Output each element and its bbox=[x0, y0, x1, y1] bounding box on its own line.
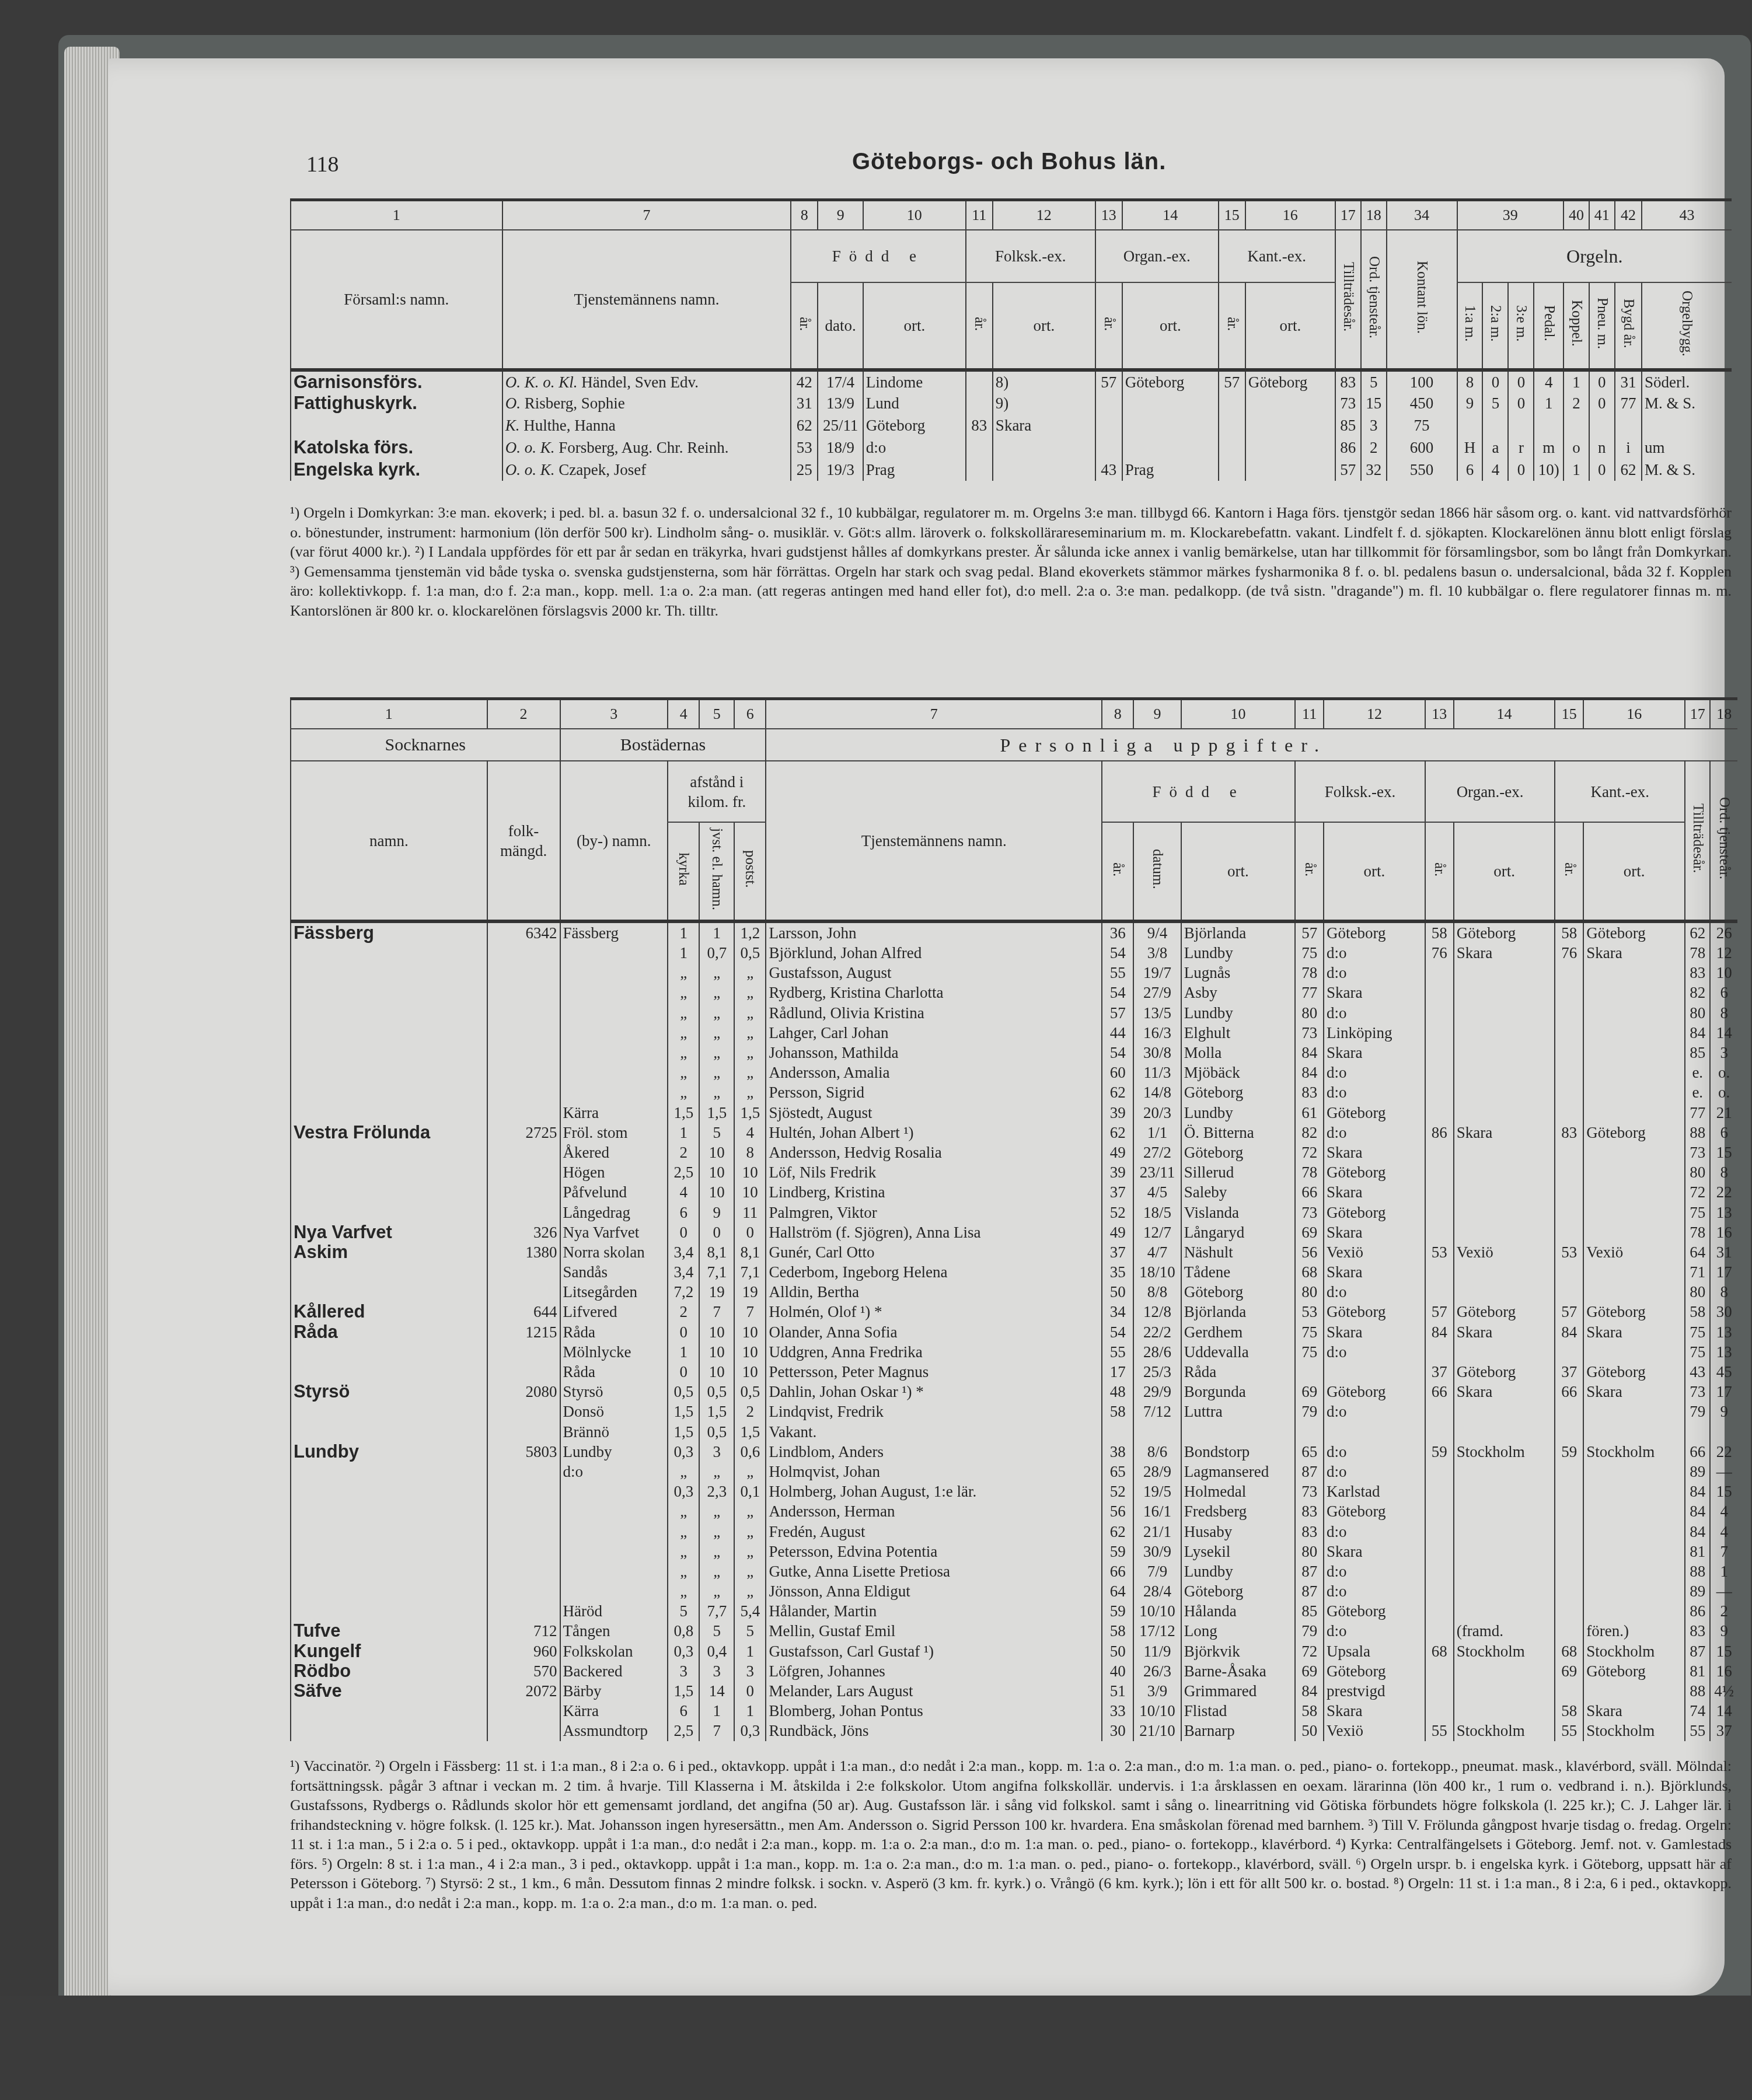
dist-post: 0,3 bbox=[734, 1721, 766, 1741]
table-row: „„„Andersson, Herman5616/1Fredsberg83Göt… bbox=[291, 1501, 1737, 1521]
population bbox=[487, 1701, 560, 1721]
cell-oo: Stockholm bbox=[1454, 1442, 1555, 1462]
cell-ort: d:o bbox=[863, 436, 966, 459]
population: 1380 bbox=[487, 1242, 560, 1262]
cell-oa bbox=[1425, 1222, 1454, 1242]
dist-rail: 10 bbox=[699, 1162, 734, 1182]
cell-ka bbox=[1555, 1103, 1583, 1123]
dist-post: 1,2 bbox=[734, 921, 766, 943]
cell-ka: 55 bbox=[1555, 1721, 1583, 1741]
cell-fk_ort: 9) bbox=[993, 392, 1095, 414]
village-name: Assmundtorp bbox=[560, 1721, 668, 1741]
table-row: Garnisonsförs.O. K. o. Kl. Händel, Sven … bbox=[291, 370, 1732, 392]
dist-church: „ bbox=[668, 1542, 699, 1561]
cell-ar: 49 bbox=[1102, 1222, 1133, 1242]
village-name: Brännö bbox=[560, 1422, 668, 1442]
cell-dat: 23/11 bbox=[1133, 1162, 1181, 1182]
population bbox=[487, 1561, 560, 1581]
cell-ko: Stockholm bbox=[1583, 1721, 1685, 1741]
parish-name bbox=[291, 1063, 487, 1082]
dist-rail: 1 bbox=[699, 1701, 734, 1721]
dist-church: „ bbox=[668, 1561, 699, 1581]
cell-org_ort: Prag bbox=[1122, 459, 1219, 481]
cell-oa: 57 bbox=[1425, 1302, 1454, 1322]
dist-rail: „ bbox=[699, 963, 734, 983]
cell-dat: 28/9 bbox=[1133, 1462, 1181, 1481]
cell-fo: Göteborg bbox=[1324, 1202, 1425, 1222]
cell-ar: 65 bbox=[1102, 1462, 1133, 1481]
cell-oo bbox=[1454, 1023, 1555, 1043]
cell-ko bbox=[1583, 1082, 1685, 1102]
table-row: Påfvelund41010Lindberg, Kristina374/5Sal… bbox=[291, 1182, 1737, 1202]
cell-ko bbox=[1583, 1222, 1685, 1242]
table-row: Säfve2072Bärby1,5140Melander, Lars Augus… bbox=[291, 1681, 1737, 1701]
parish-name bbox=[291, 1462, 487, 1481]
cell-t18: 16 bbox=[1710, 1222, 1737, 1242]
table-row: Litsegården7,21919Alldin, Bertha508/8Göt… bbox=[291, 1282, 1737, 1302]
table-row: K. Hulthe, Hanna6225/11Göteborg83Skara85… bbox=[291, 414, 1732, 436]
dist-church: 1,5 bbox=[668, 1103, 699, 1123]
cell-tjenst: 3 bbox=[1361, 414, 1387, 436]
cell-oo bbox=[1454, 1162, 1555, 1182]
cell-t18: 9 bbox=[1710, 1621, 1737, 1641]
dist-church: „ bbox=[668, 1581, 699, 1601]
cell-tilltr: 57 bbox=[1335, 459, 1361, 481]
cell-t17: 75 bbox=[1685, 1342, 1710, 1362]
cell-ko: Skara bbox=[1583, 1701, 1685, 1721]
dist-church: 3,4 bbox=[668, 1242, 699, 1262]
cell-ort: Lundby bbox=[1181, 1103, 1295, 1123]
dist-rail: „ bbox=[699, 1023, 734, 1043]
cell-ar: 39 bbox=[1102, 1103, 1133, 1123]
cell-ko: Göteborg bbox=[1583, 1123, 1685, 1142]
dist-post: 1,5 bbox=[734, 1103, 766, 1123]
cell-fa: 57 bbox=[1295, 921, 1324, 943]
cell-fo: Göteborg bbox=[1324, 1162, 1425, 1182]
cell-ar: 44 bbox=[1102, 1023, 1133, 1043]
cell-t17: 75 bbox=[1685, 1322, 1710, 1342]
dist-church: 1,5 bbox=[668, 1422, 699, 1442]
cell-oo: Göteborg bbox=[1454, 1362, 1555, 1382]
official-fullname: Czapek, Josef bbox=[559, 461, 646, 478]
dist-rail: 14 bbox=[699, 1681, 734, 1701]
cell-t18: 15 bbox=[1710, 1641, 1737, 1661]
dist-rail: 7,1 bbox=[699, 1262, 734, 1282]
dist-post: 10 bbox=[734, 1162, 766, 1182]
cell-tjenst: 2 bbox=[1361, 436, 1387, 459]
cell-ar: 33 bbox=[1102, 1701, 1133, 1721]
official-name: Björklund, Johan Alfred bbox=[766, 943, 1102, 963]
village-name: Folkskolan bbox=[560, 1641, 668, 1661]
cell-ar: 62 bbox=[1102, 1521, 1133, 1541]
cell-oo: Stockholm bbox=[1454, 1721, 1555, 1741]
cell-ka: 58 bbox=[1555, 921, 1583, 943]
official-name: Gunér, Carl Otto bbox=[766, 1242, 1102, 1262]
cell-ort: Göteborg bbox=[1181, 1142, 1295, 1162]
parish-name: Fattighuskyrk. bbox=[291, 392, 502, 414]
table-row: Lundby5803Lundby0,330,6Lindblom, Anders3… bbox=[291, 1442, 1737, 1462]
village-name: Råda bbox=[560, 1322, 668, 1342]
table-row: 0,32,30,1Holmberg, Johan August, 1:e lär… bbox=[291, 1481, 1737, 1501]
dist-church: 0,3 bbox=[668, 1442, 699, 1462]
cell-ko bbox=[1583, 1581, 1685, 1601]
cell-t18: 2 bbox=[1710, 1601, 1737, 1621]
cell-kant_ort: Göteborg bbox=[1245, 370, 1335, 392]
dist-church: 0,3 bbox=[668, 1481, 699, 1501]
parish-name: Kållered bbox=[291, 1302, 487, 1322]
village-name bbox=[560, 1063, 668, 1082]
village-name: Mölnlycke bbox=[560, 1342, 668, 1362]
official-name: Gustafsson, Carl Gustaf ¹) bbox=[766, 1641, 1102, 1661]
official-name: Lindqvist, Fredrik bbox=[766, 1402, 1102, 1421]
cell-t18: 8 bbox=[1710, 1282, 1737, 1302]
cell-fa: 87 bbox=[1295, 1561, 1324, 1581]
cell-t18: 9 bbox=[1710, 1402, 1737, 1421]
parish-name bbox=[291, 1402, 487, 1421]
cell-ort: Molla bbox=[1181, 1043, 1295, 1063]
cell-m2: 0 bbox=[1482, 370, 1508, 392]
cell-m1 bbox=[1457, 414, 1483, 436]
cell-t18: 8 bbox=[1710, 1162, 1737, 1182]
cell-fo: Göteborg bbox=[1324, 1661, 1425, 1681]
dist-church: 2 bbox=[668, 1142, 699, 1162]
cell-fa: 78 bbox=[1295, 963, 1324, 983]
cell-oo bbox=[1454, 1043, 1555, 1063]
population bbox=[487, 1362, 560, 1382]
dist-post: 1,5 bbox=[734, 1422, 766, 1442]
official-name: Vakant. bbox=[766, 1422, 1102, 1442]
cell-lon: 450 bbox=[1387, 392, 1457, 414]
cell-ka bbox=[1555, 1202, 1583, 1222]
population bbox=[487, 1202, 560, 1222]
cell-ko bbox=[1583, 1402, 1685, 1421]
parish-name: Lundby bbox=[291, 1442, 487, 1462]
cell-oo: Skara bbox=[1454, 1322, 1555, 1342]
table-row: „„„Rådlund, Olivia Kristina5713/5Lundby8… bbox=[291, 1003, 1737, 1023]
cell-ar: 35 bbox=[1102, 1262, 1133, 1282]
cell-dat: 9/4 bbox=[1133, 921, 1181, 943]
cell-ka bbox=[1555, 1082, 1583, 1102]
village-name: Råda bbox=[560, 1362, 668, 1382]
cell-oo bbox=[1454, 1402, 1555, 1421]
cell-org_ar bbox=[1095, 392, 1122, 414]
cell-ka bbox=[1555, 1462, 1583, 1481]
cell-ka: 84 bbox=[1555, 1322, 1583, 1342]
header-forsamling: Församl:s namn. bbox=[291, 230, 502, 370]
dist-post: 0 bbox=[734, 1681, 766, 1701]
official-name: Andersson, Hedvig Rosalia bbox=[766, 1142, 1102, 1162]
parish-name: Askim bbox=[291, 1242, 487, 1262]
cell-koppel bbox=[1563, 414, 1589, 436]
cell-t18: 4 bbox=[1710, 1501, 1737, 1521]
scan-background bbox=[0, 1996, 1752, 2100]
dist-post: 0,5 bbox=[734, 1382, 766, 1402]
cell-ko: Göteborg bbox=[1583, 1302, 1685, 1322]
dist-rail: 9 bbox=[699, 1202, 734, 1222]
cell-oo bbox=[1454, 1462, 1555, 1481]
cell-fo: Göteborg bbox=[1324, 921, 1425, 943]
cell-ort: Long bbox=[1181, 1621, 1295, 1641]
table2-body: Fässberg6342Fässberg111,2Larsson, John36… bbox=[291, 921, 1737, 1741]
cell-ka bbox=[1555, 1162, 1583, 1182]
cell-byggare: M. & S. bbox=[1642, 392, 1732, 414]
cell-t18: — bbox=[1710, 1462, 1737, 1481]
cell-fo: Göteborg bbox=[1324, 1382, 1425, 1402]
cell-dat: 11/3 bbox=[1133, 1063, 1181, 1082]
cell-kant_ar bbox=[1219, 459, 1245, 481]
table-row: Åkered2108Andersson, Hedvig Rosalia4927/… bbox=[291, 1142, 1737, 1162]
official-name: Petersson, Edvina Potentia bbox=[766, 1542, 1102, 1561]
official-name: Fredén, August bbox=[766, 1521, 1102, 1541]
cell-dat: 11/9 bbox=[1133, 1641, 1181, 1661]
cell-t17: e. bbox=[1685, 1082, 1710, 1102]
cell-fa: 82 bbox=[1295, 1123, 1324, 1142]
cell-ort: Björlanda bbox=[1181, 1302, 1295, 1322]
cell-ka bbox=[1555, 1222, 1583, 1242]
population bbox=[487, 1422, 560, 1442]
parish-name bbox=[291, 1023, 487, 1043]
cell-ka bbox=[1555, 963, 1583, 983]
cell-ka bbox=[1555, 1142, 1583, 1162]
cell-t18: 45 bbox=[1710, 1362, 1737, 1382]
cell-ka: 37 bbox=[1555, 1362, 1583, 1382]
cell-ka bbox=[1555, 1501, 1583, 1521]
population bbox=[487, 1581, 560, 1601]
cell-t18: 26 bbox=[1710, 921, 1737, 943]
cell-fo: d:o bbox=[1324, 1003, 1425, 1023]
population bbox=[487, 1262, 560, 1282]
cell-pneu: n bbox=[1589, 436, 1615, 459]
cell-ort: Saleby bbox=[1181, 1182, 1295, 1202]
parish-name: Vestra Frölunda bbox=[291, 1123, 487, 1142]
cell-dat: 14/8 bbox=[1133, 1082, 1181, 1102]
parish-name: Styrsö bbox=[291, 1382, 487, 1402]
official-name: Larsson, John bbox=[766, 921, 1102, 943]
parish-name bbox=[291, 1103, 487, 1123]
cell-ko: Göteborg bbox=[1583, 1362, 1685, 1382]
parish-name bbox=[291, 1182, 487, 1202]
parish-name bbox=[291, 1043, 487, 1063]
official-name: Holmberg, Johan August, 1:e lär. bbox=[766, 1481, 1102, 1501]
table-row: „„„Andersson, Amalia6011/3Mjöbäck84d:oe.… bbox=[291, 1063, 1737, 1082]
cell-fa: 73 bbox=[1295, 1481, 1324, 1501]
population bbox=[487, 1023, 560, 1043]
dist-rail: 10 bbox=[699, 1362, 734, 1382]
cell-lon: 100 bbox=[1387, 370, 1457, 392]
cell-koppel: 1 bbox=[1563, 370, 1589, 392]
table-row: Brännö1,50,51,5Vakant. bbox=[291, 1422, 1737, 1442]
official-name: Melander, Lars August bbox=[766, 1681, 1102, 1701]
parish-name bbox=[291, 1342, 487, 1362]
cell-oo: (framd. bbox=[1454, 1621, 1555, 1641]
cell-t18: 7 bbox=[1710, 1542, 1737, 1561]
population bbox=[487, 1162, 560, 1182]
cell-dat: 30/9 bbox=[1133, 1542, 1181, 1561]
cell-dat: 10/10 bbox=[1133, 1701, 1181, 1721]
cell-oa bbox=[1425, 1601, 1454, 1621]
cell-ko bbox=[1583, 1043, 1685, 1063]
cell-dat: 19/7 bbox=[1133, 963, 1181, 983]
cell-oo bbox=[1454, 1342, 1555, 1362]
dist-post: 10 bbox=[734, 1322, 766, 1342]
official-name: Mellin, Gustaf Emil bbox=[766, 1621, 1102, 1641]
cell-dat: 8/8 bbox=[1133, 1282, 1181, 1302]
parish-name bbox=[291, 1003, 487, 1023]
dist-post: 7 bbox=[734, 1302, 766, 1322]
population bbox=[487, 1182, 560, 1202]
cell-oa: 37 bbox=[1425, 1362, 1454, 1382]
page-header: 118 Göteborgs- och Bohus län. bbox=[306, 149, 1730, 178]
cell-fo: Vexiö bbox=[1324, 1242, 1425, 1262]
cell-koppel: 2 bbox=[1563, 392, 1589, 414]
dist-rail: „ bbox=[699, 1063, 734, 1082]
village-name: Nya Varfvet bbox=[560, 1222, 668, 1242]
cell-t18: 31 bbox=[1710, 1242, 1737, 1262]
cell-ar: 57 bbox=[1102, 1003, 1133, 1023]
parish-name: Råda bbox=[291, 1322, 487, 1342]
cell-t18: 30 bbox=[1710, 1302, 1737, 1322]
cell-fo: Skara bbox=[1324, 1322, 1425, 1342]
cell-oo: Göteborg bbox=[1454, 1302, 1555, 1322]
cell-oo bbox=[1454, 983, 1555, 1002]
cell-ka: 66 bbox=[1555, 1382, 1583, 1402]
cell-dat: 20/3 bbox=[1133, 1103, 1181, 1123]
cell-oo bbox=[1454, 1082, 1555, 1102]
cell-org_ort bbox=[1122, 414, 1219, 436]
cell-oo bbox=[1454, 1661, 1555, 1681]
dist-rail: 1 bbox=[699, 921, 734, 943]
cell-ar: 50 bbox=[1102, 1282, 1133, 1302]
cell-oa bbox=[1425, 1501, 1454, 1521]
village-name bbox=[560, 1501, 668, 1521]
dist-post: 0 bbox=[734, 1222, 766, 1242]
table-row: d:o„„„Holmqvist, Johan6528/9Lagmansered8… bbox=[291, 1462, 1737, 1481]
cell-t17: 89 bbox=[1685, 1462, 1710, 1481]
cell-ka bbox=[1555, 1581, 1583, 1601]
cell-oo bbox=[1454, 1142, 1555, 1162]
cell-oa bbox=[1425, 1282, 1454, 1302]
dist-post: 5,4 bbox=[734, 1601, 766, 1621]
cell-oa bbox=[1425, 963, 1454, 983]
cell-t17: 84 bbox=[1685, 1521, 1710, 1541]
cell-ort: Lindome bbox=[863, 370, 966, 392]
cell-oo: Skara bbox=[1454, 1123, 1555, 1142]
table-row: „„„Jönsson, Anna Eldigut6428/4Göteborg87… bbox=[291, 1581, 1737, 1601]
parish-name bbox=[291, 963, 487, 983]
cell-oo bbox=[1454, 1262, 1555, 1282]
village-name: Backered bbox=[560, 1661, 668, 1681]
cell-t17: 82 bbox=[1685, 983, 1710, 1002]
population bbox=[487, 983, 560, 1002]
cell-oa: 84 bbox=[1425, 1322, 1454, 1342]
dist-rail: 0,7 bbox=[699, 943, 734, 963]
dist-church: „ bbox=[668, 983, 699, 1002]
cell-t18: — bbox=[1710, 1581, 1737, 1601]
population bbox=[487, 1082, 560, 1102]
cell-ka bbox=[1555, 1342, 1583, 1362]
dist-church: 2,5 bbox=[668, 1721, 699, 1741]
dist-rail: 7 bbox=[699, 1302, 734, 1322]
cell-lon: 550 bbox=[1387, 459, 1457, 481]
table-row: „„„Johansson, Mathilda5430/8Molla84Skara… bbox=[291, 1043, 1737, 1063]
dist-post: 7,1 bbox=[734, 1262, 766, 1282]
header-tilltradesar: Tillträdesår. bbox=[1339, 262, 1357, 331]
population bbox=[487, 1542, 560, 1561]
cell-oa: 68 bbox=[1425, 1641, 1454, 1661]
dist-post: 1 bbox=[734, 1701, 766, 1721]
dist-post: 10 bbox=[734, 1182, 766, 1202]
cell-ko bbox=[1583, 1561, 1685, 1581]
parish-name bbox=[291, 1142, 487, 1162]
cell-oa bbox=[1425, 1063, 1454, 1082]
cell-fo: Upsala bbox=[1324, 1641, 1425, 1661]
cell-fa: 75 bbox=[1295, 943, 1324, 963]
dist-post: 4 bbox=[734, 1123, 766, 1142]
cell-fo: d:o bbox=[1324, 1063, 1425, 1082]
cell-ar: 62 bbox=[1102, 1123, 1133, 1142]
dist-post: „ bbox=[734, 1003, 766, 1023]
dist-church: 7,2 bbox=[668, 1282, 699, 1302]
table-row: „„„Petersson, Edvina Potentia5930/9Lysek… bbox=[291, 1542, 1737, 1561]
cell-oa bbox=[1425, 1103, 1454, 1123]
cell-oa bbox=[1425, 1542, 1454, 1561]
official-fullname: Händel, Sven Edv. bbox=[581, 373, 699, 391]
official-name: Löfgren, Johannes bbox=[766, 1661, 1102, 1681]
official-name: K. Hulthe, Hanna bbox=[502, 414, 791, 436]
cell-dat: 16/3 bbox=[1133, 1023, 1181, 1043]
table-row: Donsö1,51,52Lindqvist, Fredrik587/12Lutt… bbox=[291, 1402, 1737, 1421]
footnotes-table1: ¹) Orgeln i Domkyrkan: 3:e man. ekoverk;… bbox=[290, 503, 1732, 620]
cell-fa: 87 bbox=[1295, 1462, 1324, 1481]
dist-rail: „ bbox=[699, 1561, 734, 1581]
official-name: Jönsson, Anna Eldigut bbox=[766, 1581, 1102, 1601]
parish-name: Kungelf bbox=[291, 1641, 487, 1661]
header-orgeln: Orgeln. bbox=[1457, 230, 1732, 282]
dist-rail: 10 bbox=[699, 1342, 734, 1362]
cell-ko bbox=[1583, 1202, 1685, 1222]
official-name: Lahger, Carl Johan bbox=[766, 1023, 1102, 1043]
parish-name bbox=[291, 1422, 487, 1442]
header-fodde: Född e bbox=[791, 230, 965, 282]
official-name: Andersson, Herman bbox=[766, 1501, 1102, 1521]
cell-fo: d:o bbox=[1324, 1462, 1425, 1481]
cell-fa: 84 bbox=[1295, 1681, 1324, 1701]
cell-ka bbox=[1555, 1481, 1583, 1501]
dist-post: „ bbox=[734, 1023, 766, 1043]
population bbox=[487, 1481, 560, 1501]
dist-rail: „ bbox=[699, 1542, 734, 1561]
cell-ko bbox=[1583, 1262, 1685, 1282]
cell-fo: Skara bbox=[1324, 1222, 1425, 1242]
cell-fa: 80 bbox=[1295, 1003, 1324, 1023]
cell-fa: 53 bbox=[1295, 1302, 1324, 1322]
cell-ka: 58 bbox=[1555, 1701, 1583, 1721]
cell-t18: 12 bbox=[1710, 943, 1737, 963]
cell-dato: 18/9 bbox=[818, 436, 863, 459]
cell-koppel: o bbox=[1563, 436, 1589, 459]
cell-oa bbox=[1425, 983, 1454, 1002]
cell-oa bbox=[1425, 1162, 1454, 1182]
cell-org_ar bbox=[1095, 414, 1122, 436]
dist-rail: 0,4 bbox=[699, 1641, 734, 1661]
cell-m3: 0 bbox=[1508, 459, 1534, 481]
cell-fo: d:o bbox=[1324, 1561, 1425, 1581]
cell-oa: 76 bbox=[1425, 943, 1454, 963]
official-name: O. o. K. Forsberg, Aug. Chr. Reinh. bbox=[502, 436, 791, 459]
cell-ka bbox=[1555, 1003, 1583, 1023]
parish-name bbox=[291, 1542, 487, 1561]
dist-church: „ bbox=[668, 1003, 699, 1023]
